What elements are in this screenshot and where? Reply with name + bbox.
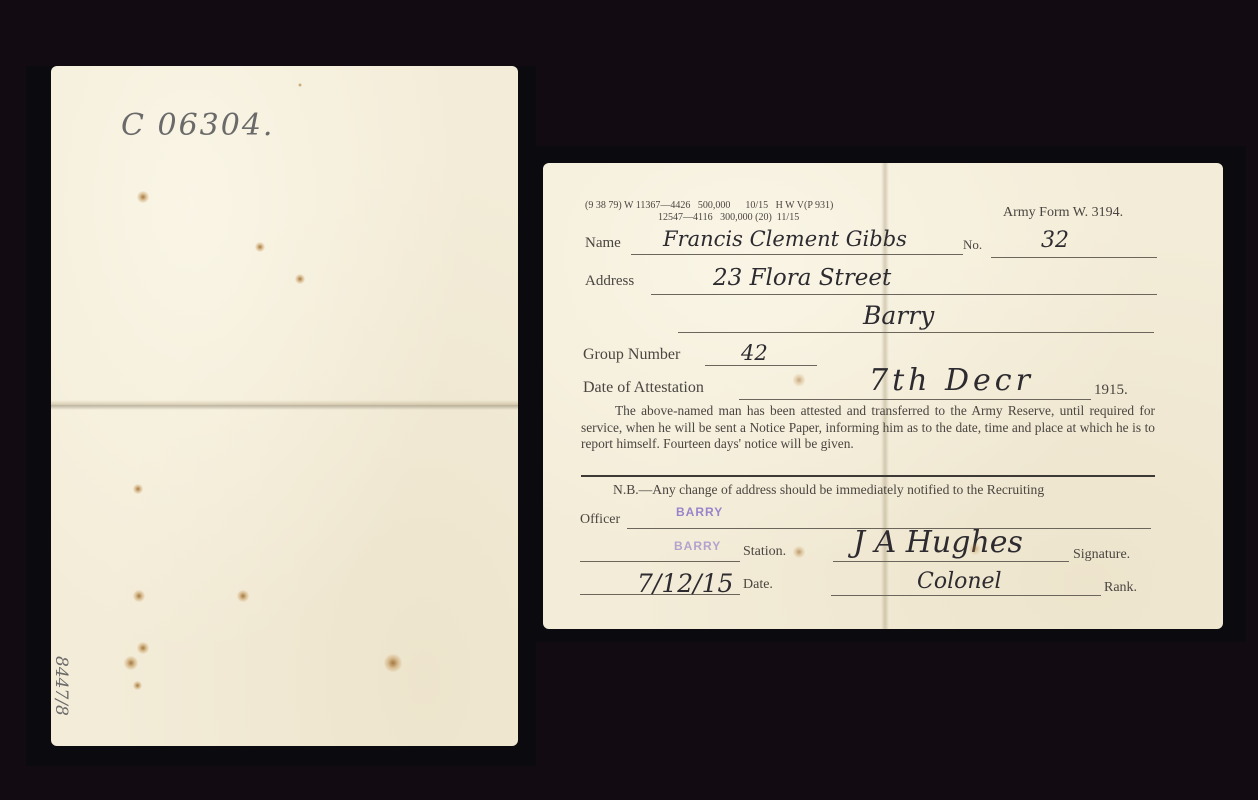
- foxing-stain: [969, 543, 981, 555]
- attestation-label: Date of Attestation: [583, 379, 704, 397]
- date-label: Date.: [743, 577, 773, 593]
- no-rule: [991, 257, 1157, 258]
- attestation-rule: [739, 399, 1091, 400]
- date-value: 7/12/15: [637, 569, 733, 598]
- print-code-line2: 12547—4116 300,000 (20) 11/15: [658, 212, 799, 223]
- no-label: No.: [963, 237, 982, 253]
- foxing-stain: [133, 484, 143, 494]
- notice-paragraph: The above-named man has been attested an…: [581, 403, 1155, 453]
- ink-dot: [298, 83, 302, 87]
- form-title: Army Form W. 3194.: [1003, 205, 1123, 221]
- card-back-side: C 06304. 8447/8: [51, 66, 518, 746]
- nb-line: N.B.—Any change of address should be imm…: [613, 482, 1044, 498]
- attestation-value: 7th Decr: [869, 363, 1034, 398]
- signature-rule: [833, 561, 1069, 562]
- officer-label: Officer: [580, 512, 620, 528]
- foxing-stain: [133, 681, 142, 690]
- foxing-stain: [137, 642, 149, 654]
- foxing-stain: [384, 654, 402, 672]
- name-label: Name: [585, 235, 621, 252]
- foxing-stain: [255, 242, 265, 252]
- foxing-stain: [237, 590, 249, 602]
- foxing-stain: [793, 373, 805, 387]
- group-number-value: 42: [741, 341, 768, 365]
- address-label: Address: [585, 273, 634, 290]
- group-rule: [705, 365, 817, 366]
- archive-number: 8447/8: [51, 656, 71, 716]
- signature-value: J A Hughes: [853, 525, 1023, 560]
- attestation-year: 1915.: [1094, 382, 1128, 399]
- station-rule: [580, 561, 740, 562]
- section-divider: [581, 475, 1155, 477]
- fold-crease: [51, 400, 518, 410]
- foxing-stain: [124, 656, 138, 670]
- reference-number: C 06304.: [121, 108, 274, 143]
- address-line1: 23 Flora Street: [713, 265, 891, 291]
- address-line2: Barry: [863, 301, 934, 330]
- notice-text: The above-named man has been attested an…: [581, 403, 1155, 451]
- foxing-stain: [793, 546, 805, 558]
- address-rule-2: [678, 332, 1154, 333]
- group-number-label: Group Number: [583, 346, 680, 364]
- foxing-stain: [133, 590, 145, 602]
- foxing-stain: [137, 191, 149, 203]
- army-form-card: (9 38 79) W 11367—4426 500,000 10/15 H W…: [543, 163, 1223, 629]
- rank-value: Colonel: [917, 569, 1002, 594]
- name-value: Francis Clement Gibbs: [663, 227, 907, 251]
- rank-label: Rank.: [1104, 580, 1137, 596]
- station-label: Station.: [743, 544, 786, 560]
- name-rule: [631, 254, 963, 255]
- rank-rule: [831, 595, 1101, 596]
- print-code-line1: (9 38 79) W 11367—4426 500,000 10/15 H W…: [585, 200, 833, 211]
- address-rule-1: [651, 294, 1157, 295]
- officer-stamp: BARRY: [676, 505, 723, 519]
- no-value: 32: [1041, 228, 1069, 253]
- signature-label: Signature.: [1073, 547, 1130, 563]
- station-stamp: BARRY: [674, 539, 721, 553]
- foxing-stain: [295, 274, 305, 284]
